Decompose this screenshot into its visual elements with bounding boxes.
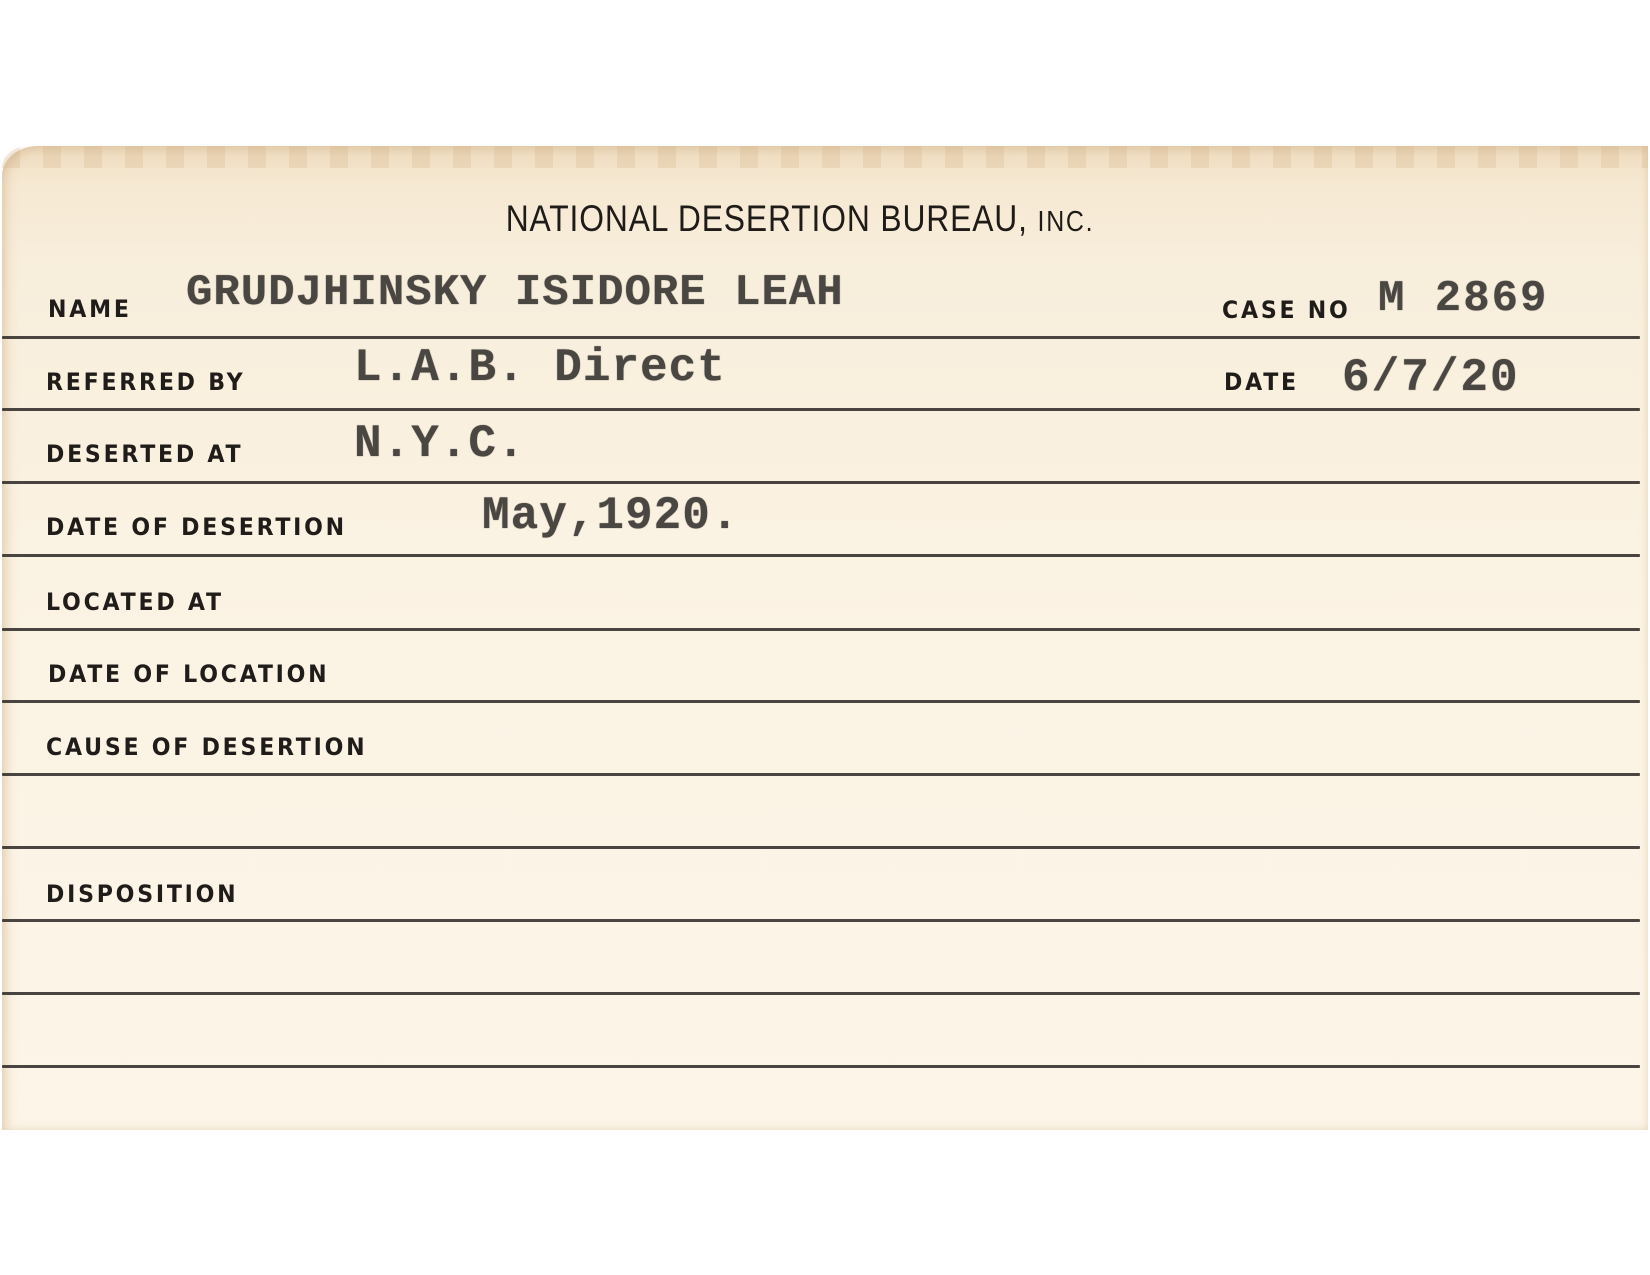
- bureau-suffix: INC.: [1038, 206, 1095, 238]
- rule-line: [2, 919, 1640, 922]
- located-at-label: LOCATED AT: [46, 588, 224, 616]
- rule-line: [2, 336, 1640, 339]
- rule-line: [2, 992, 1640, 995]
- deserted-at-value: N.Y.C.: [354, 418, 526, 470]
- cause-of-desertion-label: CAUSE OF DESERTION: [46, 733, 367, 761]
- rule-line: [2, 481, 1640, 484]
- case-no-value: M 2869: [1378, 274, 1548, 324]
- card-title: NATIONAL DESERTION BUREAU, INC.: [112, 198, 1488, 240]
- date-of-location-label: DATE OF LOCATION: [48, 660, 329, 688]
- rule-line: [2, 628, 1640, 631]
- deserted-at-label: DESERTED AT: [46, 440, 243, 468]
- rule-line: [2, 846, 1640, 849]
- disposition-label: DISPOSITION: [46, 880, 238, 908]
- rule-line: [2, 773, 1640, 776]
- rule-line: [2, 700, 1640, 703]
- rule-line: [2, 408, 1640, 411]
- referred-by-value: L.A.B. Direct: [354, 342, 726, 394]
- date-label: DATE: [1224, 368, 1299, 396]
- date-value: 6/7/20: [1342, 352, 1520, 404]
- name-value: GRUDJHINSKY ISIDORE LEAH: [186, 268, 844, 318]
- rule-line: [2, 1065, 1640, 1068]
- rule-line: [2, 554, 1640, 557]
- bureau-name: NATIONAL DESERTION BUREAU,: [506, 198, 1028, 239]
- date-of-desertion-label: DATE OF DESERTION: [46, 513, 347, 541]
- name-label: NAME: [48, 295, 132, 323]
- date-of-desertion-value: May,1920.: [482, 490, 739, 542]
- case-no-label: CASE NO: [1222, 296, 1351, 324]
- referred-by-label: REFERRED BY: [46, 368, 245, 396]
